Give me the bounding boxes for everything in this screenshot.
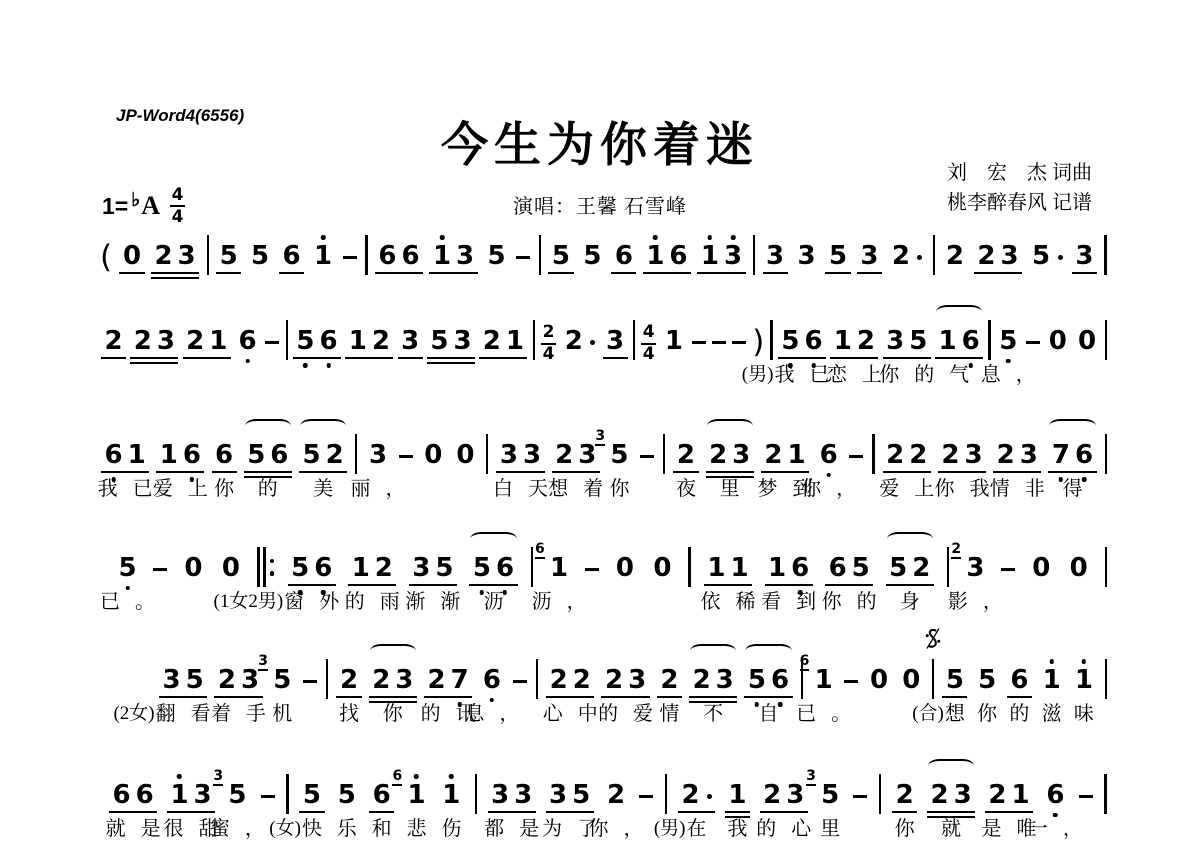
note-digit: 6 <box>804 328 822 355</box>
lyric: 你我 <box>934 479 989 499</box>
barline <box>1104 235 1106 275</box>
note-digit: 2 <box>857 328 875 355</box>
note-group: 22爱上 <box>884 433 930 469</box>
note: 2 <box>550 667 568 694</box>
note-digit: 5 <box>909 328 927 355</box>
note-digit: 3 <box>178 243 196 270</box>
note: 6 <box>215 442 233 469</box>
octave-dot-low <box>125 586 130 591</box>
lyric: 依稀 <box>701 592 756 612</box>
note-group: 61悲 <box>405 773 428 809</box>
duration-dash <box>692 341 706 345</box>
lyric: 爱上 <box>879 479 934 499</box>
note-digit: 1 <box>433 243 451 270</box>
note-digit: 1 <box>1012 782 1030 809</box>
lyric-syllable: 自 <box>759 703 794 725</box>
note-digit: 3 <box>514 782 532 809</box>
note-group: 5 <box>217 234 240 270</box>
note-group: 1 <box>311 234 334 270</box>
note: 0 <box>870 667 888 694</box>
note: 3 <box>964 442 982 469</box>
beam-underline <box>429 272 477 275</box>
note-digit: 2 <box>218 667 236 694</box>
note: 3 <box>454 328 472 355</box>
note-digit: 5 <box>430 328 448 355</box>
note: 2 <box>607 782 625 809</box>
note: 2 <box>218 667 236 694</box>
lyric: 美 <box>313 479 333 499</box>
note-group: 0 <box>651 546 674 582</box>
lyric: (合)想 <box>945 704 965 724</box>
note-digit: 6 <box>113 782 131 809</box>
lyric: 的爱 <box>598 704 653 724</box>
lyric: 乐 <box>337 819 357 839</box>
lyric: 我 <box>727 819 747 839</box>
grace-note: 2 <box>951 542 961 559</box>
barline <box>286 774 288 814</box>
note-digit: 2 <box>105 328 123 355</box>
note-digit: 3 <box>1020 442 1038 469</box>
note-group: 23的爱 <box>602 658 648 694</box>
barline <box>355 434 357 474</box>
note: 7 <box>451 667 469 694</box>
note: 2 <box>941 442 959 469</box>
note: 5 <box>889 555 907 582</box>
lyric: 想着 <box>548 479 603 499</box>
note-digit: 3 <box>578 442 596 469</box>
lyric: 夜 <box>676 479 696 499</box>
note: 2 <box>709 442 727 469</box>
note-group: 6的 <box>1008 658 1031 694</box>
note: 6 <box>1046 782 1064 809</box>
lyric: 找 <box>339 704 359 724</box>
note-digit: 1 <box>665 328 683 355</box>
lyric: 我已 <box>98 479 153 499</box>
lyric-syllable: 想着 <box>548 478 618 500</box>
note-group: 3 <box>764 234 787 270</box>
beam-underline <box>109 811 157 814</box>
beam-underline <box>985 811 1033 814</box>
note: 0 <box>653 555 671 582</box>
note: 6 <box>105 442 123 469</box>
note: 35 <box>821 782 839 809</box>
beam-underline <box>697 272 745 275</box>
time-signature-denominator: 4 <box>172 209 184 226</box>
note: 3 <box>241 667 259 694</box>
note: 5 <box>852 555 870 582</box>
note: 2 <box>483 328 501 355</box>
beam-underline <box>299 811 324 814</box>
tie-arc <box>707 419 753 433</box>
barline <box>326 659 328 699</box>
note: 3 <box>178 243 196 270</box>
note-group: 6 <box>612 234 635 270</box>
note-digit: 0 <box>222 555 240 582</box>
note-digit: 5 <box>186 667 204 694</box>
note-group: 6息， <box>480 658 503 694</box>
music-line-1: (02355616613555616133353222353 <box>100 234 1107 270</box>
note-group: 23就 <box>928 773 974 809</box>
note: 2 <box>186 328 204 355</box>
note: 3 <box>628 667 646 694</box>
note: 1 <box>352 555 370 582</box>
lyric: 心中 <box>543 704 598 724</box>
note-group: 23里 <box>707 433 753 469</box>
note-digit: 3 <box>954 782 972 809</box>
note-digit: 3 <box>1000 243 1018 270</box>
note-group: 6和 <box>370 773 393 809</box>
note-digit: 0 <box>1070 555 1088 582</box>
lyric: 机 <box>272 704 292 724</box>
beam-underline <box>974 272 1022 275</box>
note-digit: 6 <box>615 243 633 270</box>
beam-underline <box>119 272 144 275</box>
note-digit: 2 <box>764 442 782 469</box>
note-digit: 2 <box>375 555 393 582</box>
tie-arc <box>245 419 291 433</box>
note-group: 23 <box>975 234 1021 270</box>
note-digit: 3 <box>606 328 624 355</box>
note-digit: 6 <box>669 243 687 270</box>
note: 61 <box>407 782 425 809</box>
lyric-syllable: 窗外 <box>284 591 354 613</box>
note-digit: 1 <box>1043 667 1061 694</box>
note-group: 2你 <box>893 773 916 809</box>
lyric: 你， <box>588 819 643 839</box>
duration-dash <box>853 795 867 799</box>
note: 5 <box>978 667 996 694</box>
augmentation-dot <box>1058 255 1063 260</box>
beam-underline <box>704 584 752 587</box>
duration-dash <box>516 256 530 260</box>
lyric-syllable: 影， <box>948 591 1018 613</box>
tie-arc <box>1049 419 1095 433</box>
lyric: 你 <box>609 479 629 499</box>
note-group: 0 <box>219 546 242 582</box>
note-group: 65你的 <box>826 546 872 582</box>
beam-underline <box>348 584 396 587</box>
note-digit: 3 <box>412 555 430 582</box>
lyric-syllable: 的爱 <box>598 703 668 725</box>
note-digit: 3 <box>766 243 784 270</box>
note-digit: 5 <box>889 555 907 582</box>
lyric: 蜜， <box>210 819 265 839</box>
duration-dash <box>399 455 413 459</box>
note: 2 <box>892 243 910 270</box>
note: 6 <box>496 555 514 582</box>
lyric-voice-prefix: (男) <box>742 365 774 384</box>
note: 3 <box>732 442 750 469</box>
note-digit: 6 <box>319 328 337 355</box>
note-digit: 5 <box>302 442 320 469</box>
duration-dash <box>585 568 599 572</box>
note-digit: 3 <box>454 328 472 355</box>
beam-underline <box>288 584 336 587</box>
flat-icon: ♭ <box>131 189 140 212</box>
tie-arc <box>887 532 933 546</box>
note: 1 <box>160 442 178 469</box>
lyric-syllable: 你的 <box>879 364 949 386</box>
lyric: 得 <box>1063 479 1083 499</box>
note-digit: 2 <box>573 667 591 694</box>
beam-underline <box>883 471 931 474</box>
note-digit: 5 <box>946 667 964 694</box>
note-digit: 0 <box>123 243 141 270</box>
note-digit: 0 <box>424 442 442 469</box>
octave-dot-low <box>326 363 331 368</box>
note: 5 <box>781 328 799 355</box>
time-signature-denominator: 4 <box>643 346 655 363</box>
note: 3 <box>886 328 904 355</box>
lyric: 你 <box>383 704 403 724</box>
note-digit: 3 <box>1075 243 1093 270</box>
note-digit: 5 <box>748 667 766 694</box>
note-digit: 1 <box>646 243 664 270</box>
note-group: 2找 <box>337 658 360 694</box>
music-line-5: 35(2女)翻看23着手35机2找23你27的讯6息，22心中23的爱2情23不… <box>160 658 1107 694</box>
note: 1 <box>1043 667 1061 694</box>
lyricist-composer-credit: 刘 宏 杰 词曲 <box>947 158 1092 188</box>
note: 6 <box>314 555 332 582</box>
note: 0 <box>902 667 920 694</box>
note: 3 <box>401 328 419 355</box>
lyric-syllable: 快 <box>302 818 337 840</box>
lyric: 自 <box>759 704 779 724</box>
lyric-syllable: 已。 <box>796 703 866 725</box>
note: 3 <box>412 555 430 582</box>
note-group: 5息， <box>997 319 1020 355</box>
note: 0 <box>184 555 202 582</box>
note-group: 56(男)我已 <box>779 319 825 355</box>
note-group: 12的雨 <box>349 546 395 582</box>
octave-dot-high <box>177 774 182 779</box>
note: 6 <box>1075 442 1093 469</box>
note: 5 <box>488 243 506 270</box>
note-digit: 5 <box>781 328 799 355</box>
lyric: (男)我已 <box>774 365 829 385</box>
note-digit: 5 <box>473 555 491 582</box>
beam-underline <box>673 471 698 474</box>
lyric-voice-prefix: (1女2男) <box>214 592 284 611</box>
note-group: 0 <box>182 546 205 582</box>
note: 3 <box>1075 243 1093 270</box>
octave-dot-high <box>440 235 445 240</box>
lyric: 看到 <box>761 592 816 612</box>
octave-dot-high <box>731 235 736 240</box>
note-digit: 2 <box>660 667 678 694</box>
note-digit: 5 <box>435 555 453 582</box>
note: 3 <box>797 243 815 270</box>
music-line-6: 66就是13很甜35蜜，5(女)快5乐6和61悲1伤33都是35为了2你，2(男… <box>110 773 1107 809</box>
note-digit: 1 <box>170 782 188 809</box>
lyric-voice-prefix: (男) <box>654 819 686 838</box>
note-digit: 2 <box>483 328 501 355</box>
note-digit: 5 <box>572 782 590 809</box>
note-digit: 1 <box>701 243 719 270</box>
note-digit: 2 <box>912 555 930 582</box>
lyric-syllable: 沥 <box>483 591 518 613</box>
note-digit: 3 <box>797 243 815 270</box>
lyric: 都是 <box>484 819 539 839</box>
octave-dot-high <box>449 774 454 779</box>
beam-underline <box>345 357 393 360</box>
note: 2 <box>428 667 446 694</box>
note-group: 35为了 <box>547 773 593 809</box>
beam-underline <box>546 811 594 814</box>
note-group: 6你， <box>817 433 840 469</box>
note-digit: 6 <box>373 782 391 809</box>
note: 2 <box>340 667 358 694</box>
octave-dot-low <box>1053 813 1058 818</box>
note-group: 0 <box>120 234 143 270</box>
lyric-syllable: 悲 <box>406 818 441 840</box>
lyric-syllable: 伤 <box>441 818 476 840</box>
note: 0 <box>222 555 240 582</box>
note: 3 <box>523 442 541 469</box>
lyric: 沥 <box>483 592 503 612</box>
beam-underline <box>469 584 517 587</box>
note-digit: 6 <box>105 442 123 469</box>
note-digit: 1 <box>1075 667 1093 694</box>
note-digit: 6 <box>136 782 154 809</box>
note: 1 <box>506 328 524 355</box>
beam-underline <box>830 357 878 360</box>
note: 2 <box>372 667 390 694</box>
lyric: 身 <box>900 592 920 612</box>
lyric: 你 <box>977 704 997 724</box>
note-digit: 1 <box>160 442 178 469</box>
barline <box>688 547 690 587</box>
barline <box>753 235 755 275</box>
note-digit: 2 <box>930 782 948 809</box>
note-digit: 2 <box>709 442 727 469</box>
note-group: 2 <box>102 319 125 355</box>
note-digit: 6 <box>962 328 980 355</box>
note-group: 0 <box>900 658 923 694</box>
note-group: 2你， <box>604 773 627 809</box>
note-group: 56(1女2男)窗外 <box>289 546 335 582</box>
note: 1 <box>442 782 460 809</box>
note-digit: 2 <box>997 442 1015 469</box>
note-digit: 3 <box>716 667 734 694</box>
beam-underline <box>479 357 527 360</box>
lyric-syllable: 情非 <box>990 478 1060 500</box>
lyric-syllable: 你的 <box>822 591 892 613</box>
duration-dash <box>261 795 275 799</box>
note-digit: 5 <box>291 555 309 582</box>
note: 1 <box>433 243 451 270</box>
beam-underline <box>548 272 573 275</box>
note-digit: 3 <box>369 442 387 469</box>
note: 23 <box>966 555 984 582</box>
note-group: 23想着 <box>553 433 599 469</box>
note-group: 12恋上 <box>831 319 877 355</box>
note-digit: 6 <box>314 555 332 582</box>
note-digit: 0 <box>456 442 474 469</box>
note: 3 <box>157 328 175 355</box>
note-digit: 2 <box>326 442 344 469</box>
note-digit: 3 <box>886 328 904 355</box>
note-group: 0 <box>1075 319 1098 355</box>
beam-underline <box>657 696 682 699</box>
note: 3 <box>500 442 518 469</box>
note-digit: 0 <box>870 667 888 694</box>
note: 1 <box>768 555 786 582</box>
beam-underline <box>375 272 423 275</box>
note-group: 23情非 <box>994 433 1040 469</box>
beam-underline <box>214 696 262 699</box>
octave-dot-high <box>414 774 419 779</box>
note-group: 5 <box>249 234 272 270</box>
key-and-meter: 1= ♭ A 4 4 <box>102 186 185 226</box>
sheet-music-page: JP-Word4(6556) 今生为你着迷 演唱：王馨 石雪峰 刘 宏 杰 词曲… <box>0 0 1200 850</box>
note-digit: 2 <box>565 328 583 355</box>
duration-dash <box>1001 568 1015 572</box>
note: 7 <box>1052 442 1070 469</box>
lyric-syllable: 已。 <box>100 591 170 613</box>
duration-dash <box>849 455 863 459</box>
note-group: 21是唯 <box>986 773 1032 809</box>
note: 6 <box>669 243 687 270</box>
note-digit: 2 <box>372 667 390 694</box>
note: 2 <box>857 328 875 355</box>
note-group: 23 <box>131 319 177 355</box>
note-group: 3 <box>1073 234 1096 270</box>
lyric: (男)在 <box>687 819 707 839</box>
beam-underline <box>427 362 475 365</box>
tie-arc <box>928 759 974 773</box>
barline <box>365 235 367 275</box>
note-group: 6你 <box>213 433 236 469</box>
barline <box>1105 320 1107 360</box>
beam-underline <box>611 272 636 275</box>
note-digit: 3 <box>456 243 474 270</box>
note-digit: 2 <box>892 243 910 270</box>
note-digit: 1 <box>731 555 749 582</box>
duration-dash <box>639 795 653 799</box>
lyric-syllable: 着手 <box>211 703 281 725</box>
repeat-dot <box>270 571 275 576</box>
lyric: 的 <box>258 479 278 499</box>
note-digit: 3 <box>786 782 804 809</box>
note: 2 <box>134 328 152 355</box>
note-group: 5(合)想 <box>943 658 966 694</box>
lyric: 息， <box>981 365 1036 385</box>
note-group: 5(女)快 <box>300 773 323 809</box>
note-digit: 2 <box>896 782 914 809</box>
beam-underline <box>857 272 882 275</box>
duration-dash <box>303 680 317 684</box>
beam-underline <box>101 357 126 360</box>
note: 0 <box>123 243 141 270</box>
note-group: 5 <box>1029 234 1064 270</box>
note: 3 <box>724 243 742 270</box>
duration-dash <box>640 455 654 459</box>
lyric: 白天 <box>493 479 548 499</box>
note-digit: 6 <box>820 442 838 469</box>
note: 3 <box>395 667 413 694</box>
note-group: 61已。 <box>812 658 835 694</box>
note-group: 61我已 <box>102 433 148 469</box>
note-group: 33都是 <box>489 773 535 809</box>
note-digit: 6 <box>1075 442 1093 469</box>
octave-dot-low <box>245 359 250 364</box>
note-group: 21 <box>184 319 230 355</box>
note-digit: 1 <box>815 667 833 694</box>
beam-underline <box>130 362 178 365</box>
tie-arc <box>370 644 416 658</box>
beam-underline <box>892 811 917 814</box>
